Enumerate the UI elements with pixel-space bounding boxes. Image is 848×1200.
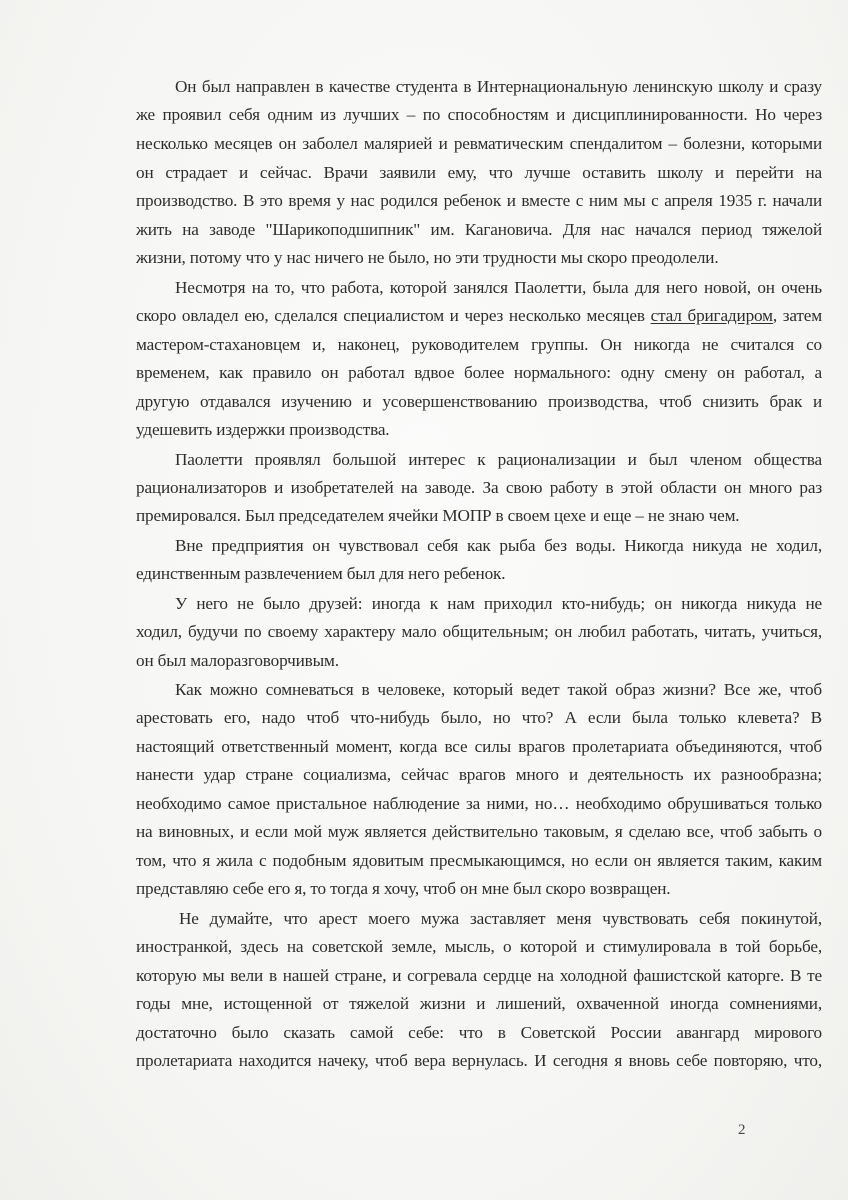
text-line: том, что я жила с подобным ядовитым прес… bbox=[136, 851, 822, 871]
text-line: годы мне, истощенной от тяжелой жизни и … bbox=[136, 994, 822, 1014]
page-number: 2 bbox=[738, 1122, 746, 1139]
text-line: У него не было друзей: иногда к нам прих… bbox=[175, 594, 822, 614]
text-line: достаточно было сказать самой себе: что … bbox=[136, 1023, 822, 1043]
text-line: же проявил себя одним из лучших – по спо… bbox=[136, 105, 822, 125]
text-line: удешевить издержки производства. bbox=[136, 420, 822, 440]
text-line: представляю себе его я, то тогда я хочу,… bbox=[136, 879, 822, 899]
text-line: жить на заводе "Шарикоподшипник" им. Каг… bbox=[136, 220, 822, 240]
text-line: другую отдавался изучению и усовершенств… bbox=[136, 392, 822, 412]
text-line: жизни, потому что у нас ничего не было, … bbox=[136, 248, 822, 268]
text-line: арестовать его, надо чтоб что-нибудь был… bbox=[136, 708, 822, 728]
text-line: пролетариата находится начеку, чтоб вера… bbox=[136, 1051, 822, 1071]
text-line: мастером-стахановцем и, наконец, руковод… bbox=[136, 335, 822, 355]
text-line: премировался. Был председателем ячейки М… bbox=[136, 506, 822, 526]
text-line: производство. В это время у нас родился … bbox=[136, 191, 822, 211]
text-line: он был малоразговорчивым. bbox=[136, 651, 822, 671]
document-page: Он был направлен в качестве студента в И… bbox=[0, 0, 848, 1200]
text-line: Паолетти проявлял большой интерес к раци… bbox=[175, 450, 822, 470]
text-line: нанести удар стране социализма, сейчас в… bbox=[136, 765, 822, 785]
underlined-phrase: стал бригадиром bbox=[651, 306, 773, 325]
text-line: Он был направлен в качестве студента в И… bbox=[175, 77, 822, 97]
text-line: Несмотря на то, что работа, которой заня… bbox=[175, 278, 822, 298]
text-line: он страдает и сейчас. Врачи заявили ему,… bbox=[136, 163, 822, 183]
text-line: Как можно сомневаться в человеке, которы… bbox=[175, 680, 822, 700]
text-line: иностранкой, здесь на советской земле, м… bbox=[136, 937, 822, 957]
text-span: , затем bbox=[773, 306, 822, 325]
text-line: несколько месяцев он заболел малярией и … bbox=[136, 134, 822, 154]
text-line: рационализаторов и изобретателей на заво… bbox=[136, 478, 822, 498]
text-line: Вне предприятия он чувствовал себя как р… bbox=[175, 536, 822, 556]
text-line: временем, как правило он работал вдвое б… bbox=[136, 363, 822, 383]
text-line: на виновных, и если мой муж является дей… bbox=[136, 822, 822, 842]
text-span: скоро овладел ею, сделался специалистом … bbox=[136, 306, 651, 325]
text-line: скоро овладел ею, сделался специалистом … bbox=[136, 306, 822, 326]
text-line: настоящий ответственный момент, когда вс… bbox=[136, 737, 822, 757]
text-line: Не думайте, что арест моего мужа заставл… bbox=[179, 909, 822, 929]
text-line: необходимо самое пристальное наблюдение … bbox=[136, 794, 822, 814]
text-line: ходил, будучи по своему характеру мало о… bbox=[136, 622, 822, 642]
text-line: которую мы вели в нашей стране, и согрев… bbox=[136, 966, 822, 986]
text-line: единственным развлечением был для него р… bbox=[136, 564, 822, 584]
